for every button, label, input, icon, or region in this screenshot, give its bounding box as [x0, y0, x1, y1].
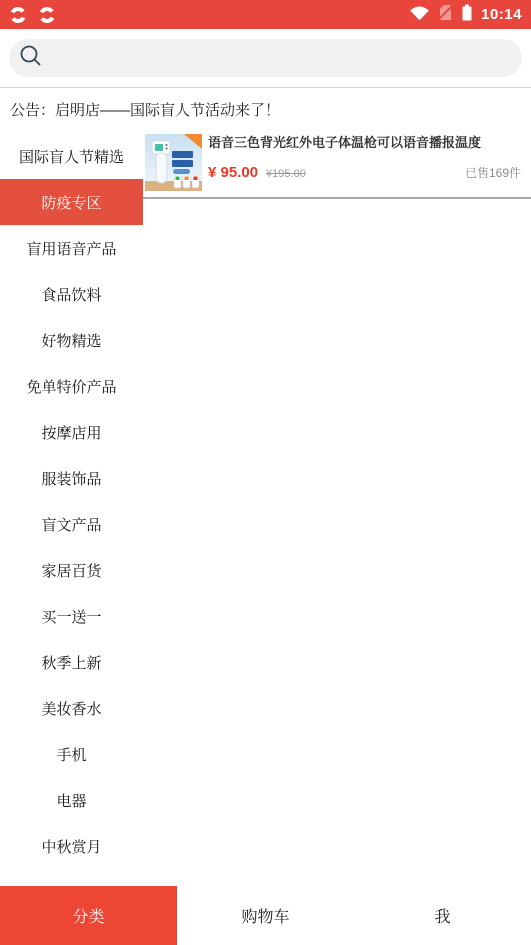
- sidebar-item-free-special[interactable]: 免单特价产品: [0, 363, 143, 409]
- sidebar-item-food-drink[interactable]: 食品饮料: [0, 271, 143, 317]
- product-info: 语音三色背光红外电子体温枪可以语音播报温度 ¥ 95.00 ¥195.00 已售…: [202, 134, 531, 191]
- search-bar[interactable]: [9, 39, 522, 77]
- product-list: 语音三色背光红外电子体温枪可以语音播报温度 ¥ 95.00 ¥195.00 已售…: [143, 130, 531, 886]
- sidebar-item-clothing[interactable]: 服装饰品: [0, 455, 143, 501]
- nav-tab-category[interactable]: 分类: [0, 886, 177, 945]
- clock-time: 10:14: [481, 6, 522, 23]
- nav-tab-cart[interactable]: 购物车: [177, 886, 354, 945]
- wifi-icon: [409, 4, 430, 26]
- sidebar-item-autumn-new[interactable]: 秋季上新: [0, 639, 143, 685]
- sidebar-item-household[interactable]: 家居百货: [0, 547, 143, 593]
- bottom-navigation: 分类 购物车 我: [0, 886, 531, 945]
- sidebar-item-blind-day-selection[interactable]: 国际盲人节精选: [0, 133, 143, 179]
- battery-icon: [461, 4, 473, 26]
- category-sidebar: 国际盲人节精选 防疫专区 盲用语音产品 食品饮料 好物精选 免单特价产品 按摩店…: [0, 130, 143, 886]
- sidebar-item-phone[interactable]: 手机: [0, 731, 143, 777]
- app-screen: 10:14 公告：启明店——国际盲人节活动来了！ 国际盲人节精选 防疫专区 盲用…: [0, 0, 531, 945]
- category-body: 国际盲人节精选 防疫专区 盲用语音产品 食品饮料 好物精选 免单特价产品 按摩店…: [0, 130, 531, 886]
- sync-notification-icon: [38, 6, 56, 24]
- product-original-price: ¥195.00: [266, 168, 306, 180]
- product-image-thermometer: [145, 134, 202, 191]
- status-bar: 10:14: [0, 0, 531, 29]
- nav-tab-me[interactable]: 我: [354, 886, 531, 945]
- sidebar-item-massage-shop[interactable]: 按摩店用: [0, 409, 143, 455]
- product-title: 语音三色背光红外电子体温枪可以语音播报温度: [208, 135, 531, 151]
- sync-notification-icon: [9, 6, 27, 24]
- sidebar-item-epidemic-zone[interactable]: 防疫专区: [0, 179, 143, 225]
- sidebar-item-good-selection[interactable]: 好物精选: [0, 317, 143, 363]
- sidebar-item-voice-products[interactable]: 盲用语音产品: [0, 225, 143, 271]
- announcement-bar: 公告：启明店——国际盲人节活动来了！: [0, 88, 531, 130]
- sidebar-item-mid-autumn[interactable]: 中秋赏月: [0, 823, 143, 869]
- sidebar-item-buy-one-get-one[interactable]: 买一送一: [0, 593, 143, 639]
- sidebar-item-beauty-perfume[interactable]: 美妆香水: [0, 685, 143, 731]
- product-price: ¥ 95.00: [208, 164, 258, 181]
- price-row: ¥ 95.00 ¥195.00 已售169件: [208, 164, 531, 181]
- sidebar-item-braille-products[interactable]: 盲文产品: [0, 501, 143, 547]
- search-header: [0, 29, 531, 88]
- search-input[interactable]: [50, 49, 513, 68]
- sidebar-item-appliance[interactable]: 电器: [0, 777, 143, 823]
- search-icon: [18, 43, 44, 74]
- product-sold-count: 已售169件: [465, 164, 521, 181]
- product-divider: [143, 197, 531, 199]
- no-sim-icon: [438, 4, 453, 26]
- product-card[interactable]: 语音三色背光红外电子体温枪可以语音播报温度 ¥ 95.00 ¥195.00 已售…: [145, 134, 531, 191]
- announcement-text: 公告：启明店——国际盲人节活动来了！: [10, 99, 280, 120]
